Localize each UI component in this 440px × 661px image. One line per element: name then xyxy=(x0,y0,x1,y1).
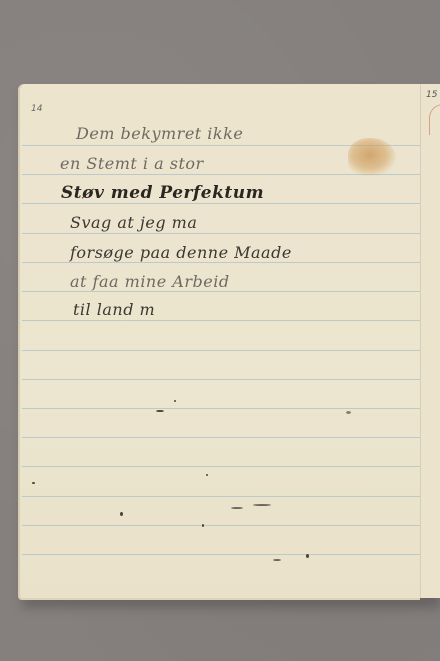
handwritten-line-4: Svag at jeg ma xyxy=(70,213,197,232)
ruled-line xyxy=(22,408,420,409)
handwritten-line-2: en Stemt i a stor xyxy=(60,154,204,173)
ruled-line xyxy=(22,554,420,555)
facing-page-edge: 15 xyxy=(420,84,440,598)
ink-speck xyxy=(120,512,123,516)
handwritten-line-6: at faa mine Arbeid xyxy=(70,272,230,291)
ruled-line xyxy=(22,496,420,497)
coffee-stain xyxy=(348,138,396,176)
notebook-page: 14 Dem bekymret ikke en Stemt i a stor S… xyxy=(18,84,420,600)
ruled-line xyxy=(22,525,420,526)
page-number-left: 14 xyxy=(31,104,42,114)
ruled-line xyxy=(22,466,420,467)
ink-speck xyxy=(174,400,176,402)
handwritten-line-5: forsøge paa denne Maade xyxy=(70,243,292,262)
handwritten-line-3: Støv med Perfektum xyxy=(61,183,264,203)
ink-speck xyxy=(32,482,35,484)
ruled-line xyxy=(22,291,420,292)
page-number-right: 15 xyxy=(426,90,437,100)
ruled-line xyxy=(22,320,420,321)
ink-speck xyxy=(253,504,271,506)
ink-speck xyxy=(346,411,351,414)
ruled-line xyxy=(22,233,420,234)
ruled-line xyxy=(22,262,420,263)
handwritten-line-7: til land m xyxy=(73,300,155,319)
margin-line xyxy=(429,104,440,135)
ink-speck xyxy=(202,524,204,527)
ink-speck xyxy=(306,554,309,558)
ruled-line xyxy=(22,379,420,380)
ruled-line xyxy=(22,437,420,438)
ruled-line xyxy=(22,203,420,204)
ink-speck xyxy=(156,410,164,412)
ink-speck xyxy=(273,559,281,561)
ink-speck xyxy=(206,474,208,476)
ink-speck xyxy=(231,507,243,509)
handwritten-line-1: Dem bekymret ikke xyxy=(76,124,243,143)
ruled-line xyxy=(22,350,420,351)
